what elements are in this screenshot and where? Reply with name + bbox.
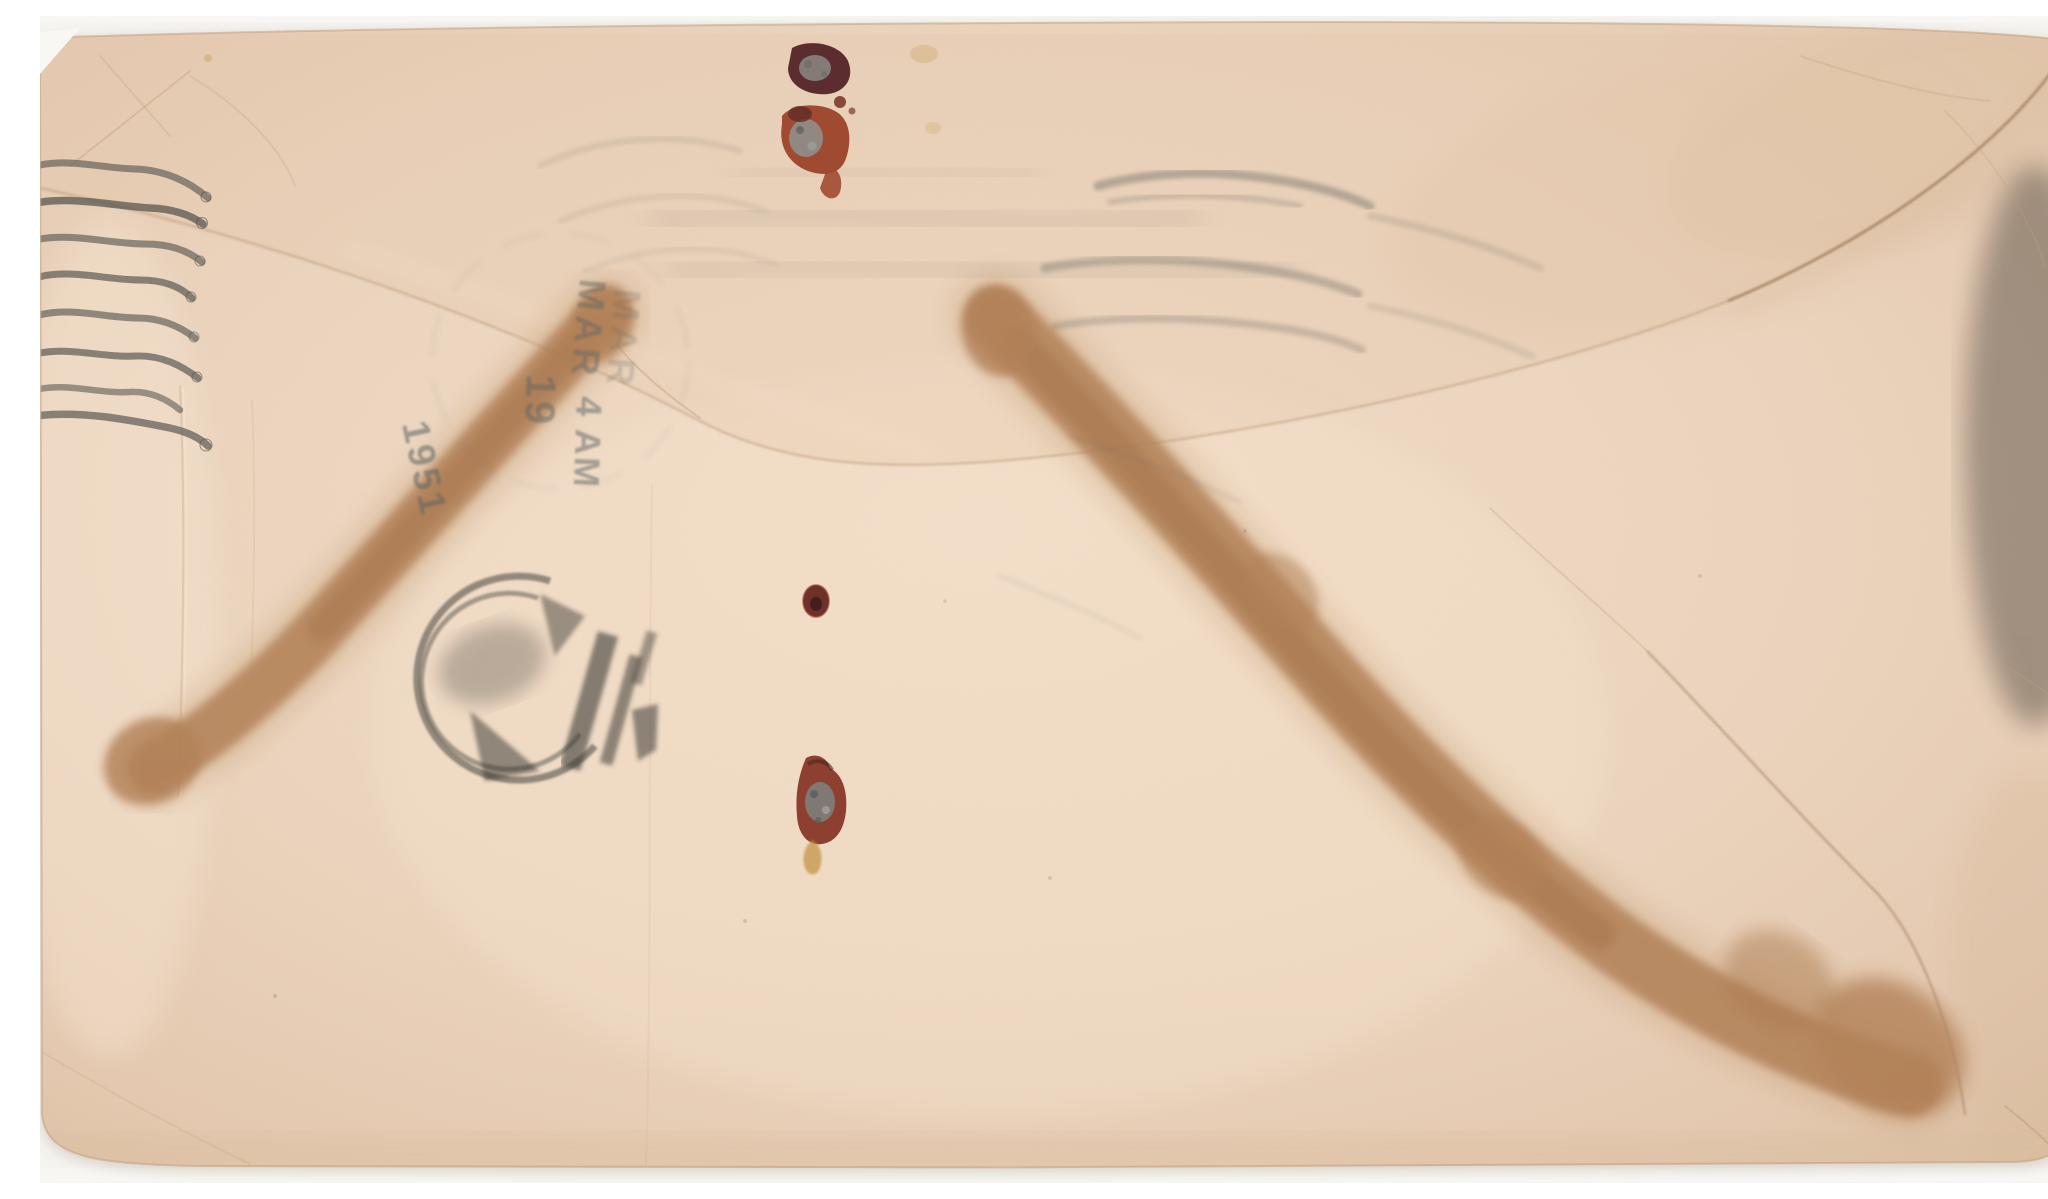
postmark-month-ghost: MAR <box>597 287 648 392</box>
wax-spot-middle <box>803 585 829 617</box>
postmark-time: 4 AM <box>566 396 610 490</box>
postmark-day: 19 <box>516 374 565 428</box>
envelope-photo-svg: MAR MAR 19 4 AM 1951 <box>40 16 2048 1183</box>
photo-backdrop: MAR MAR 19 4 AM 1951 <box>40 16 2048 1183</box>
envelope: MAR MAR 19 4 AM 1951 <box>40 16 2048 1176</box>
